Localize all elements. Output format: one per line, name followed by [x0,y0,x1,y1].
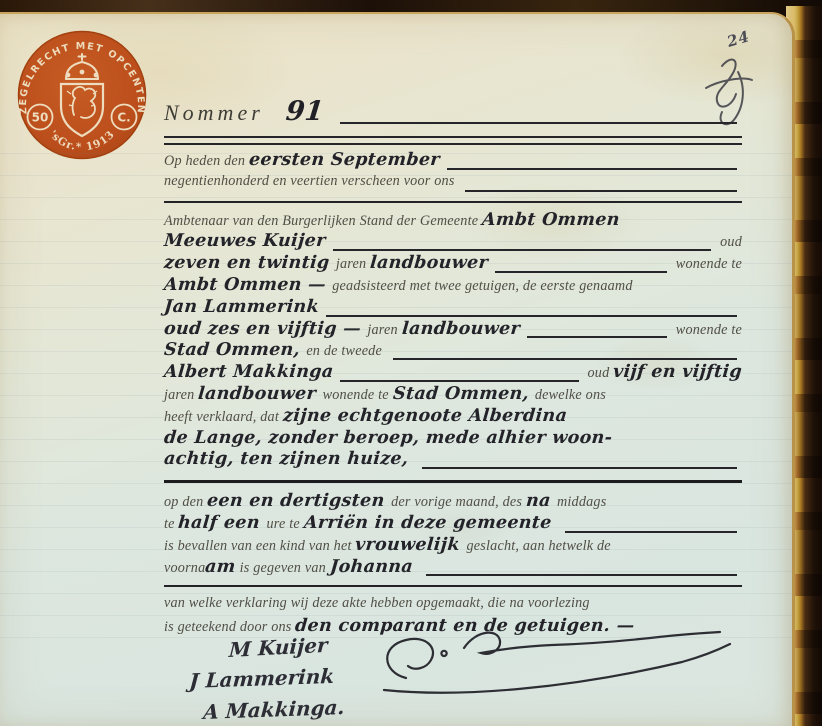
handwritten-text: een en dertigsten [206,493,391,511]
stamp-value-left: 50 [32,111,49,125]
handwritten-text: Meeuwes Kuijer [163,233,326,251]
signature: J Lammerink [188,663,345,700]
document-lines: Op heden den eersten Septembernegentienh… [164,152,742,640]
blank-rule [393,358,737,360]
handwritten-text: vijf en vijftig [612,364,742,382]
handwritten-text: achtig, ten zijnen huize, [163,451,415,469]
signature-block: M KuijerJ LammerinkA Makkinga. [182,638,343,726]
handwritten-text: eersten September [248,152,440,170]
document-line: zeven en twintig jaren landbouwer wonend… [164,255,742,277]
printed-text: oud [716,235,742,249]
stamp-value-right: C. [117,111,130,125]
blank-rule [426,574,737,576]
printed-text: ure te [267,517,304,531]
handwritten-text: de Lange, zonder beroep, mede alhier woo… [163,430,613,448]
blank-rule [340,122,737,124]
blank-rule [447,168,737,170]
blank-rule [326,315,737,317]
nommer-row: Nommer 91 [164,96,742,130]
document-line: voornaam is gegeven van Johanna [164,559,742,581]
section-rule [164,480,742,483]
handwritten-text: oud zes en vijftig — [163,321,368,339]
handwritten-text: zeven en twintig [163,255,336,273]
printed-text: is geteekend door ons [164,620,295,634]
handwritten-text: zijne echtgenoote Alberdina [282,408,568,426]
handwritten-text: na [525,493,558,511]
document-line: negentienhonderd en veertien verscheen v… [164,174,742,196]
handwritten-text: landbouwer [401,321,521,339]
printed-text: is gegeven van [236,561,330,575]
printed-text: jaren [367,323,401,337]
printed-text: wonende te [672,257,742,271]
revenue-stamp: ZEGELRECHT MET OPCENTEN 'sGr.* 1913 50 C… [14,27,150,163]
printed-text: jaren [336,257,370,271]
document-line: Jan Lammerink [164,299,742,321]
document-line: Ambt Ommen — geadsisteerd met twee getui… [164,277,742,299]
document-line: Albert Makkinga oud vijf en vijftig [164,364,742,386]
handwritten-text: Arriën in deze gemeente [303,515,559,533]
printed-text: geslacht, aan hetwelk de [467,539,611,553]
printed-text: middags [557,495,606,509]
handwritten-text: landbouwer [369,255,489,273]
handwritten-text: half een [178,515,268,533]
printed-text: oud [584,366,613,380]
certificate-body: Nommer 91 Op heden den eersten September… [164,96,742,640]
blank-rule [565,531,737,533]
printed-text: der vorige maand, des [391,495,526,509]
document-line: jaren landbouwer wonende te Stad Ommen, … [164,386,742,408]
blank-rule [422,467,737,469]
document-line: achtig, ten zijnen huize, [164,451,742,473]
handwritten-text: Johanna [329,559,420,577]
handwritten-text: am [205,559,237,577]
nommer-value: 91 [284,96,325,127]
printed-text: van welke verklaring wij deze akte hebbe… [164,596,590,610]
blank-rule [333,249,712,251]
document-line: te half een ure te Arriën in deze gemeen… [164,515,742,537]
handwritten-text: landbouwer [197,386,323,404]
document-page: ZEGELRECHT MET OPCENTEN 'sGr.* 1913 50 C… [0,12,795,726]
printed-text: te [164,517,178,531]
printed-text: en de tweede [306,344,385,358]
nommer-label: Nommer [164,100,264,126]
document-line: heeft verklaard, dat zijne echtgenoote A… [164,408,742,430]
document-line: van welke verklaring wij deze akte hebbe… [164,596,742,618]
registrar-signature [372,622,744,708]
handwritten-text: Stad Ommen, [392,386,536,404]
printed-text: negentienhonderd en veertien verscheen v… [164,174,458,188]
printed-text: Ambtenaar van den Burgerlijken Stand der… [164,214,482,228]
printed-text: dewelke ons [535,388,606,402]
printed-text: is bevallen van een kind van het [164,539,355,553]
printed-text: heeft verklaard, dat [164,410,283,424]
printed-text: jaren [164,388,198,402]
printed-text: wonende te [323,388,393,402]
handwritten-text: vrouwelijk [355,537,468,555]
document-line: Meeuwes Kuijer oud [164,233,742,255]
header-double-rule [164,136,742,145]
document-line: Stad Ommen, en de tweede [164,342,742,364]
printed-text: Op heden den [164,154,249,168]
document-line: Op heden den eersten September [164,152,742,174]
section-rule [164,201,742,203]
blank-rule [465,190,737,192]
printed-text: wonende te [672,323,742,337]
printed-text: op den [164,495,207,509]
handwritten-text: Jan Lammerink [163,299,319,317]
handwritten-text: Ambt Ommen [481,212,620,230]
blank-rule [527,336,668,338]
blank-rule [495,271,667,273]
document-line: is bevallen van een kind van het vrouwel… [164,537,742,559]
signature: A Makkinga. [202,695,345,726]
section-rule [164,585,742,587]
document-line: op den een en dertigsten der vorige maan… [164,493,742,515]
printed-text: geadsisteerd met twee getuigen, de eerst… [332,279,632,293]
handwritten-text: Stad Ommen, [163,342,307,360]
handwritten-text: Ambt Ommen — [163,277,333,295]
blank-rule [340,380,578,382]
printed-text: voorna [164,561,205,575]
handwritten-text: Albert Makkinga [163,364,334,382]
